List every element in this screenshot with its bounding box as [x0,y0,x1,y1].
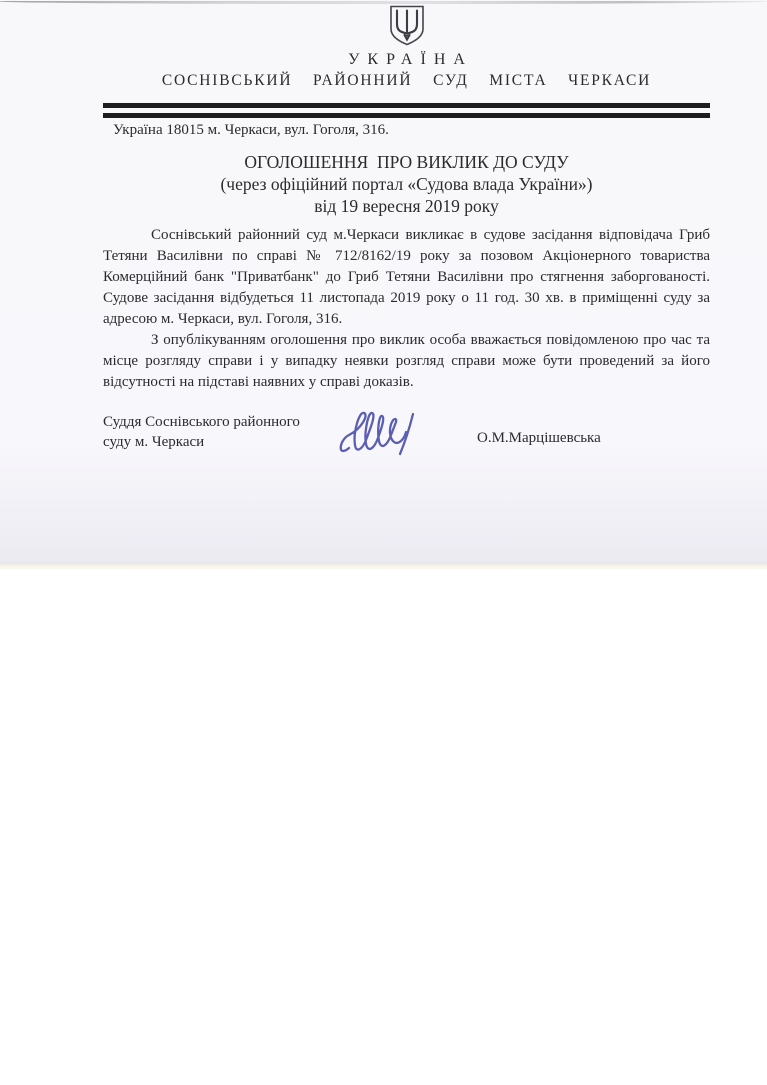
court-address: Україна 18015 м. Черкаси, вул. Гоголя, 3… [103,122,710,139]
notice-paragraph-2: З опублікуванням оголошення про виклик о… [103,330,710,393]
emblem-container [103,5,710,47]
notice-paragraph-1: Соснівський районний суд м.Черкаси викли… [103,225,710,330]
country-title: УКРАЇНА [103,51,710,69]
rule-bar-bottom [103,113,710,118]
scanned-document-page: УКРАЇНА СОСНІВСЬКИЙ РАЙОННИЙ СУД МІСТА Ч… [0,0,767,569]
judge-name: О.М.Марцішевська [477,430,601,447]
signature-block: Суддя Соснівського районного суду м. Чер… [103,412,710,482]
notice-title: ОГОЛОШЕННЯ ПРО ВИКЛИК ДО СУДУ [103,151,710,173]
court-name: СОСНІВСЬКИЙ РАЙОННИЙ СУД МІСТА ЧЕРКАСИ [103,72,710,90]
document-content: УКРАЇНА СОСНІВСЬКИЙ РАЙОННИЙ СУД МІСТА Ч… [103,0,710,482]
notice-date: від 19 вересня 2019 року [103,195,710,217]
header-double-rule [103,103,710,118]
handwritten-signature [333,402,478,469]
notice-title-block: ОГОЛОШЕННЯ ПРО ВИКЛИК ДО СУДУ (через офі… [103,151,710,217]
ukraine-trident-emblem-icon [385,33,429,50]
notice-body: Соснівський районний суд м.Черкаси викли… [103,225,710,393]
page-bottom-edge [0,562,767,569]
notice-subtitle: (через офіційний портал «Судова влада Ук… [103,173,710,195]
